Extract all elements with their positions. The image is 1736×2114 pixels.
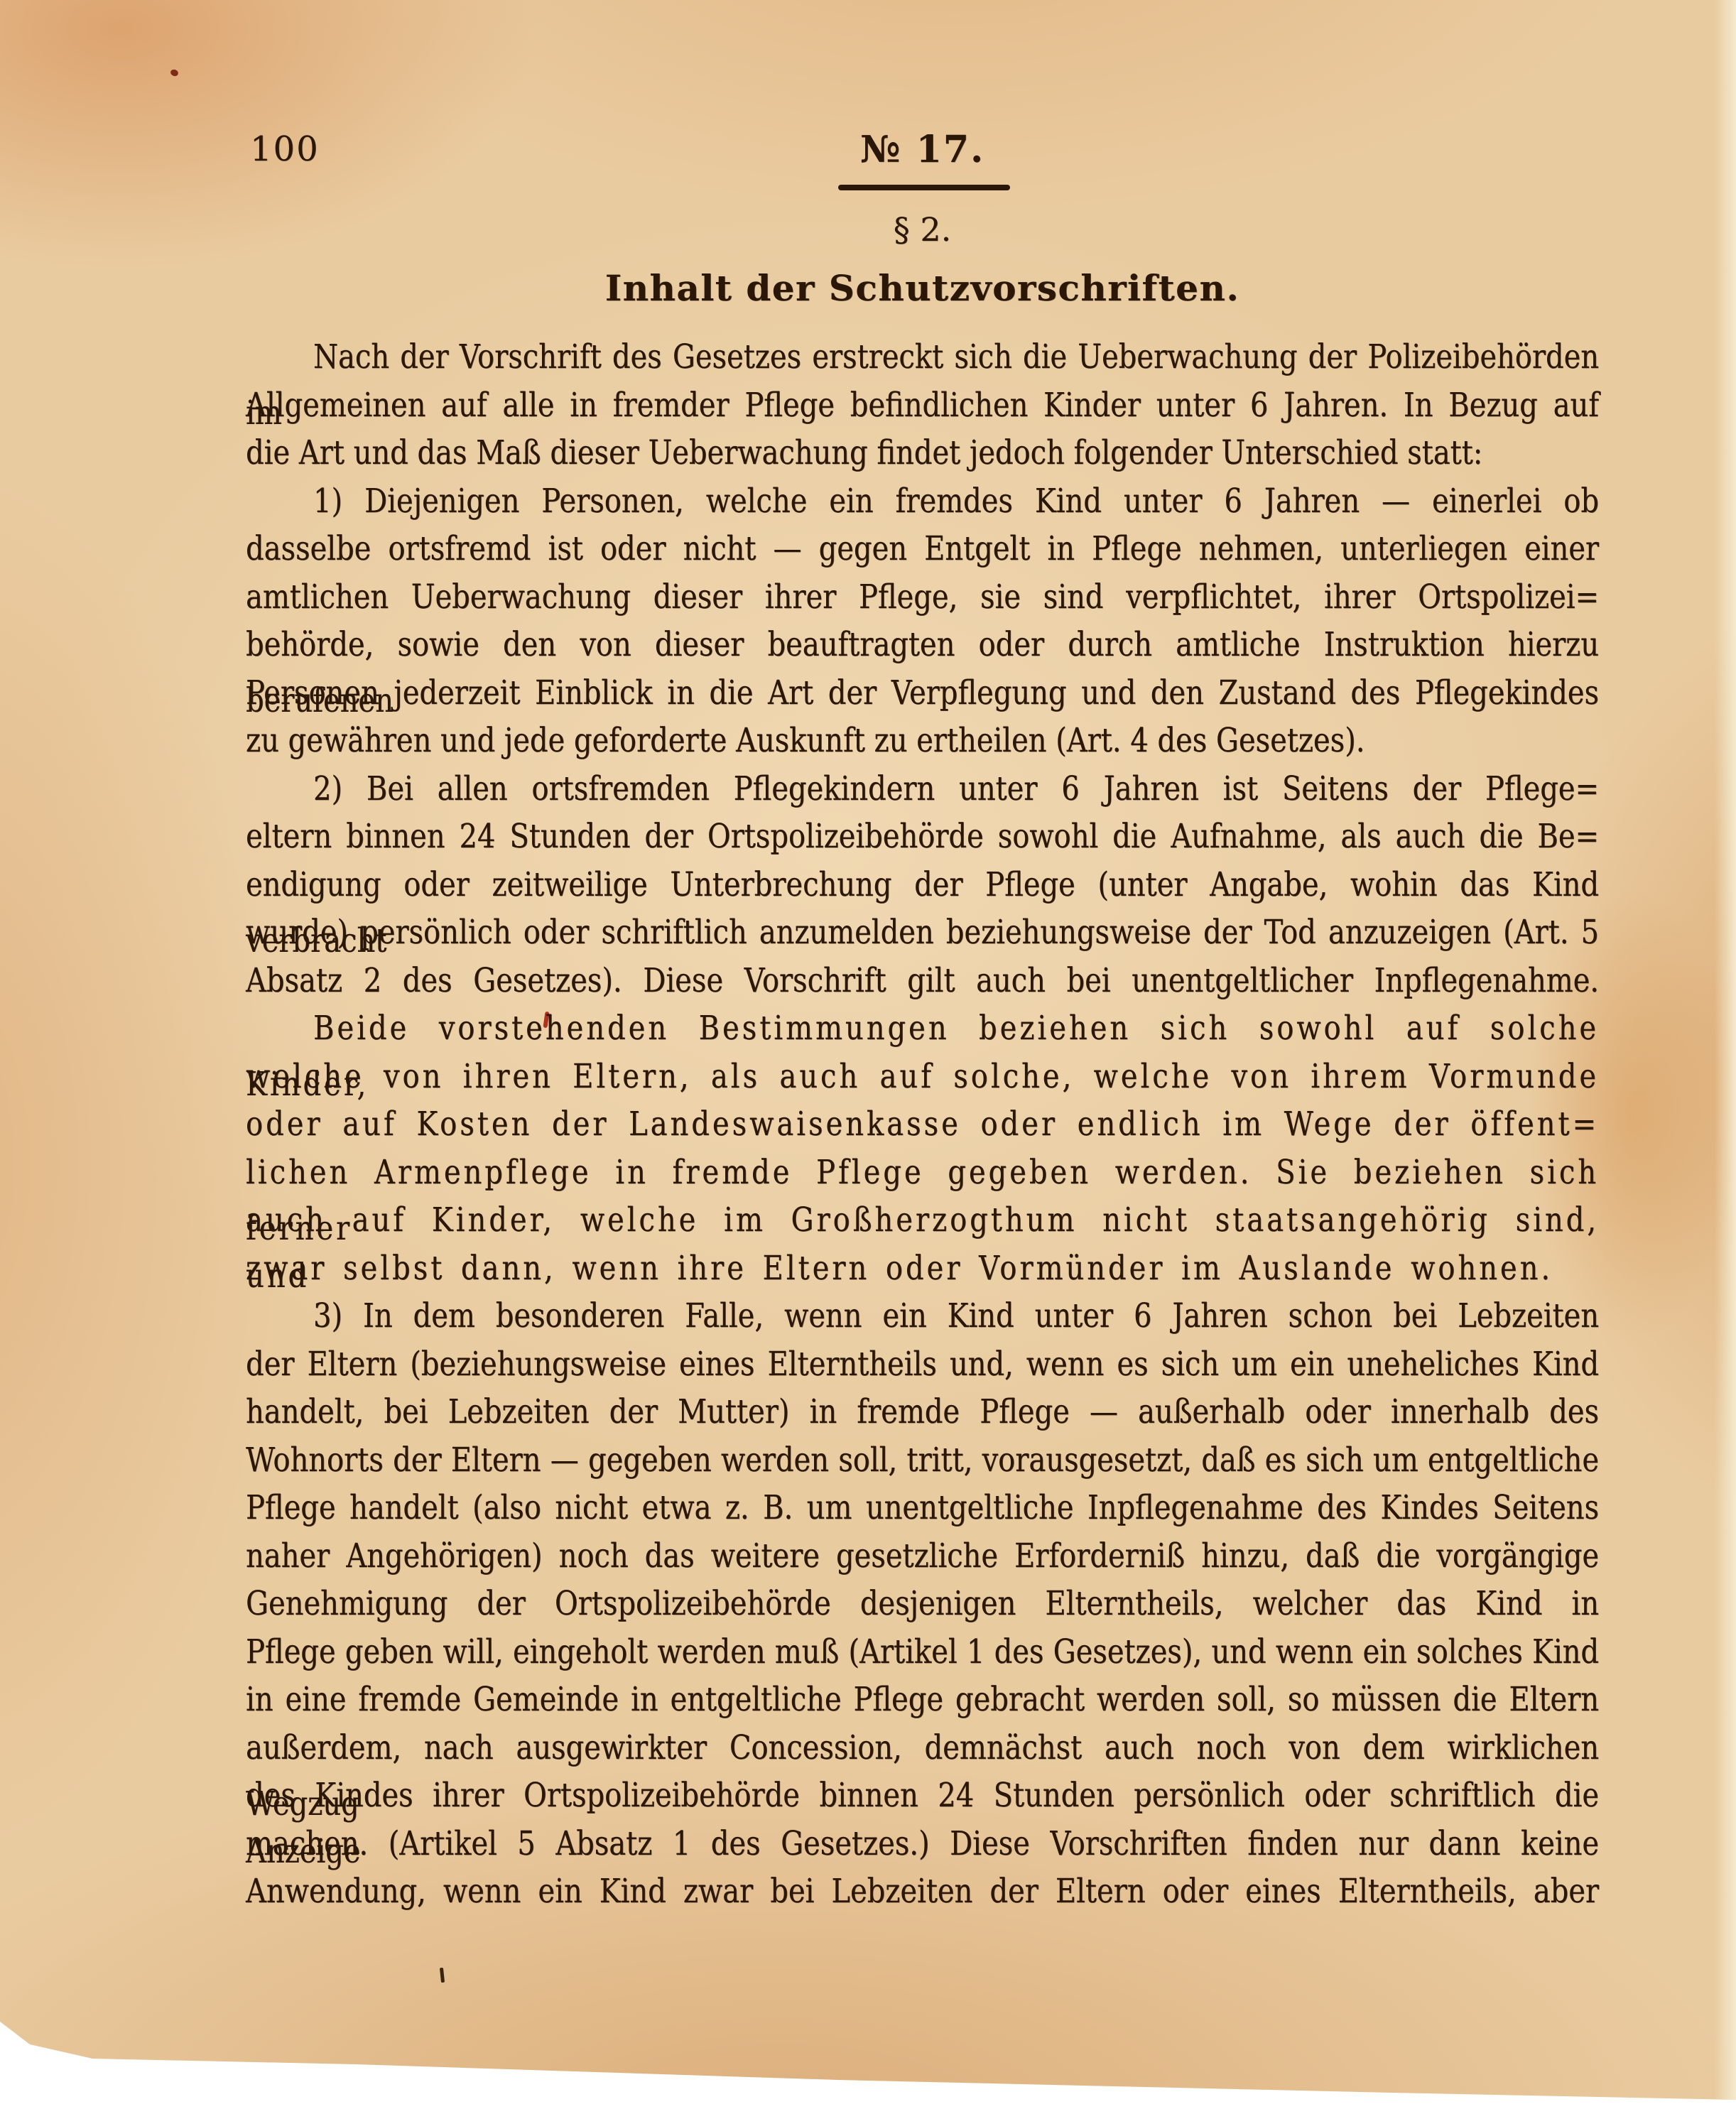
text-line: Genehmigung der Ortspolizeibehörde desje… <box>246 1577 1599 1632</box>
text-line: die Art und das Maß dieser Ueberwachung … <box>246 426 1599 482</box>
section-heading: § 2. <box>246 210 1599 249</box>
text-line: handelt, bei Lebzeiten der Mutter) in fr… <box>246 1385 1599 1441</box>
text-line: auch auf Kinder, welche im Großherzogthu… <box>246 1193 1599 1249</box>
issue-number-heading: № 17. <box>246 128 1599 171</box>
text-line: wurde) persönlich oder schriftlich anzum… <box>246 906 1599 961</box>
header-rule <box>838 185 1010 190</box>
text-line: oder auf Kosten der Landeswaisenkasse od… <box>246 1097 1599 1153</box>
text-line: dasselbe ortsfremd ist oder nicht — gege… <box>246 522 1599 578</box>
paragraph-2: 1) Diejenigen Personen, welche ein fremd… <box>246 478 1599 766</box>
body-text: Nach der Vorschrift des Gesetzes erstrec… <box>246 334 1599 1917</box>
text-line: des Kindes ihrer Ortspolizeibehörde binn… <box>246 1769 1599 1824</box>
paragraph-4: Beide vorstehenden Bestimmungen beziehen… <box>246 1005 1599 1293</box>
paragraph-5: 3) In dem besonderen Falle, wenn ein Kin… <box>246 1293 1599 1917</box>
text-line: 3) In dem besonderen Falle, wenn ein Kin… <box>246 1289 1599 1345</box>
text-line: Beide vorstehenden Bestimmungen beziehen… <box>246 1002 1599 1057</box>
paragraph-1: Nach der Vorschrift des Gesetzes erstrec… <box>246 334 1599 478</box>
page-title: Inhalt der Schutzvorschriften. <box>246 267 1599 309</box>
paragraph-3: 2) Bei allen ortsfremden Pflegekindern u… <box>246 766 1599 1006</box>
text-line: Pflege handelt (also nicht etwa z. B. um… <box>246 1481 1599 1536</box>
text-line: in eine fremde Gemeinde in entgeltliche … <box>246 1673 1599 1728</box>
text-line: Nach der Vorschrift des Gesetzes erstrec… <box>246 330 1599 386</box>
text-line: behörde, sowie den von dieser beauftragt… <box>246 618 1599 673</box>
text-line: Anwendung, wenn ein Kind zwar bei Lebzei… <box>246 1865 1599 1920</box>
page-edge-highlight <box>1715 0 1736 2100</box>
text-line: eltern binnen 24 Stunden der Ortspolizei… <box>246 810 1599 865</box>
text-line: zu gewähren und jede geforderte Auskunft… <box>246 714 1599 769</box>
